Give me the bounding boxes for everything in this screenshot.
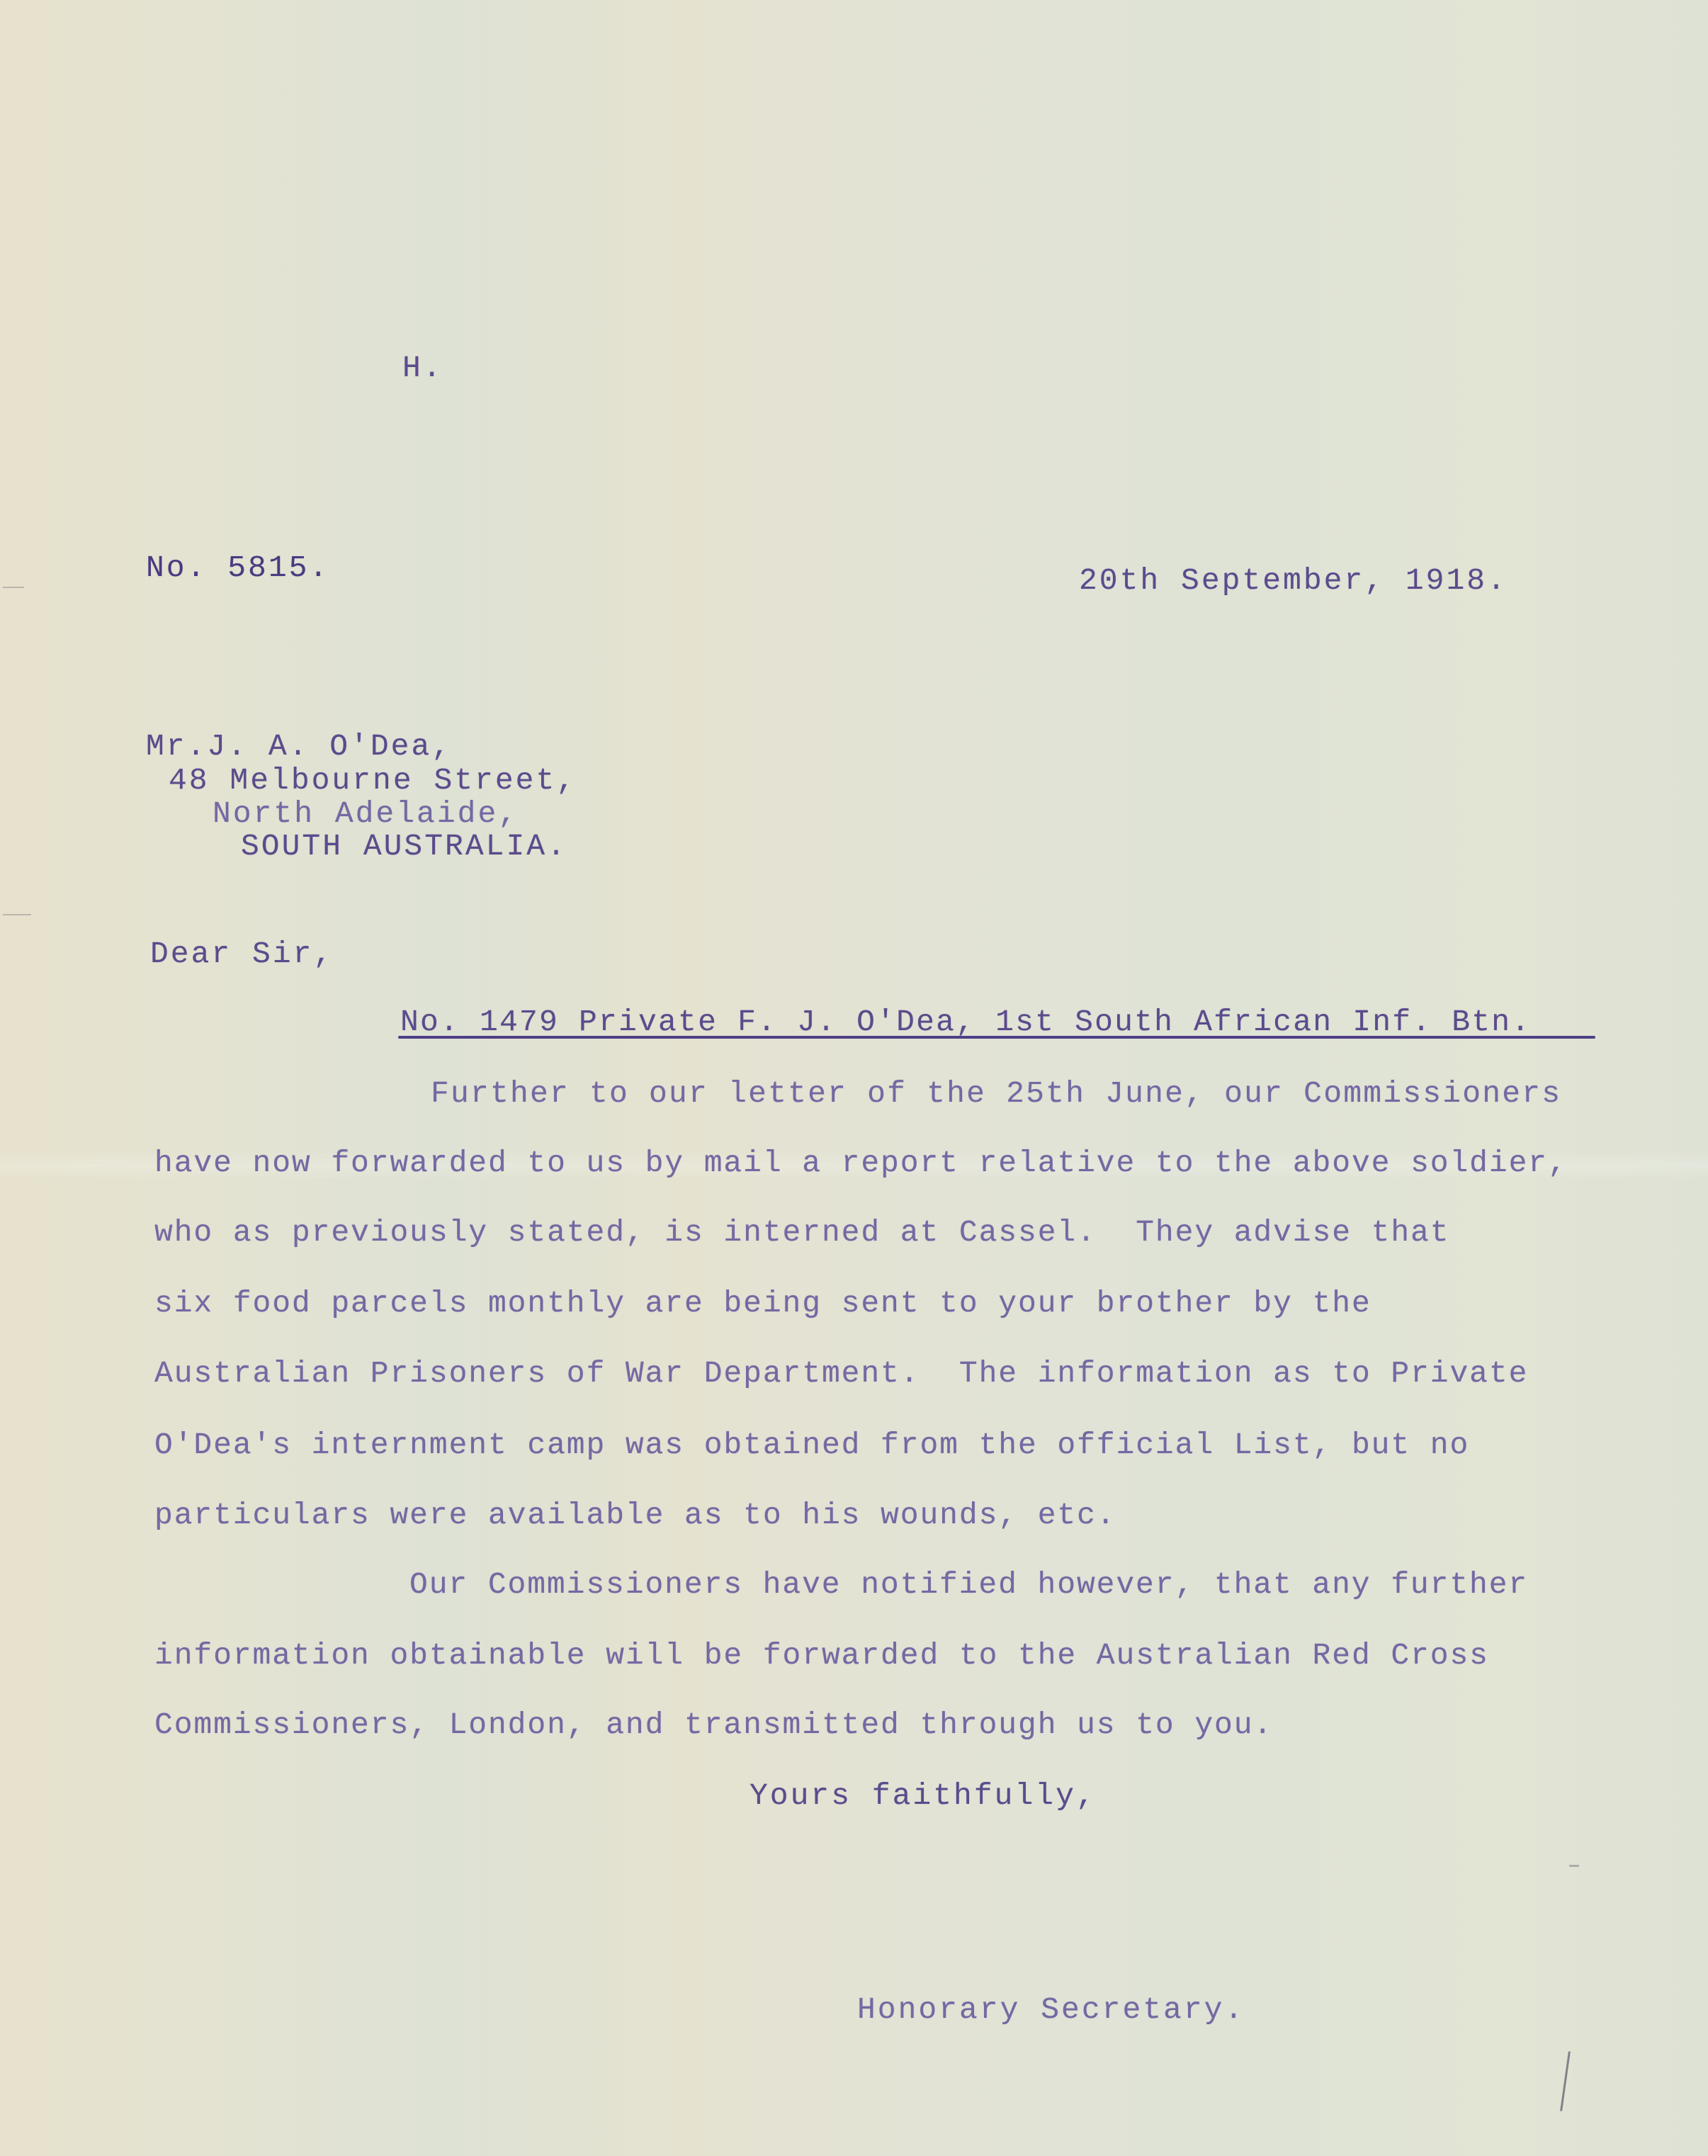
margin-mark bbox=[3, 587, 24, 588]
body-line: Commissioners, London, and transmitted t… bbox=[154, 1710, 1273, 1740]
margin-mark bbox=[3, 914, 31, 915]
body-line: have now forwarded to us by mail a repor… bbox=[154, 1148, 1568, 1178]
pencil-stroke bbox=[1560, 2051, 1571, 2111]
body-line: information obtainable will be forwarded… bbox=[154, 1640, 1489, 1671]
closing: Yours faithfully, bbox=[750, 1780, 1097, 1811]
body-line: Further to our letter of the 25th June, … bbox=[431, 1078, 1561, 1109]
ink-speck bbox=[1569, 1865, 1579, 1867]
body-line: Australian Prisoners of War Department. … bbox=[154, 1358, 1528, 1389]
reference-number: No. 5815. bbox=[146, 553, 329, 583]
recipient-state: SOUTH AUSTRALIA. bbox=[241, 831, 567, 862]
salutation: Dear Sir, bbox=[150, 939, 334, 969]
letter-date: 20th September, 1918. bbox=[1079, 565, 1508, 596]
recipient-street: 48 Melbourne Street, bbox=[169, 765, 577, 796]
recipient-name: Mr.J. A. O'Dea, bbox=[146, 731, 452, 762]
body-line: O'Dea's internment camp was obtained fro… bbox=[154, 1430, 1469, 1460]
recipient-suburb: North Adelaide, bbox=[213, 798, 519, 829]
body-line: who as previously stated, is interned at… bbox=[154, 1217, 1449, 1248]
signatory-title: Honorary Secretary. bbox=[857, 1994, 1245, 2025]
file-marker: H. bbox=[402, 353, 443, 383]
subject-underline bbox=[398, 1036, 1595, 1039]
subject-line: No. 1479 Private F. J. O'Dea, 1st South … bbox=[400, 1007, 1531, 1037]
body-line: Our Commissioners have notified however,… bbox=[409, 1569, 1528, 1600]
body-line: particulars were available as to his wou… bbox=[154, 1500, 1116, 1530]
body-line: six food parcels monthly are being sent … bbox=[154, 1288, 1372, 1319]
